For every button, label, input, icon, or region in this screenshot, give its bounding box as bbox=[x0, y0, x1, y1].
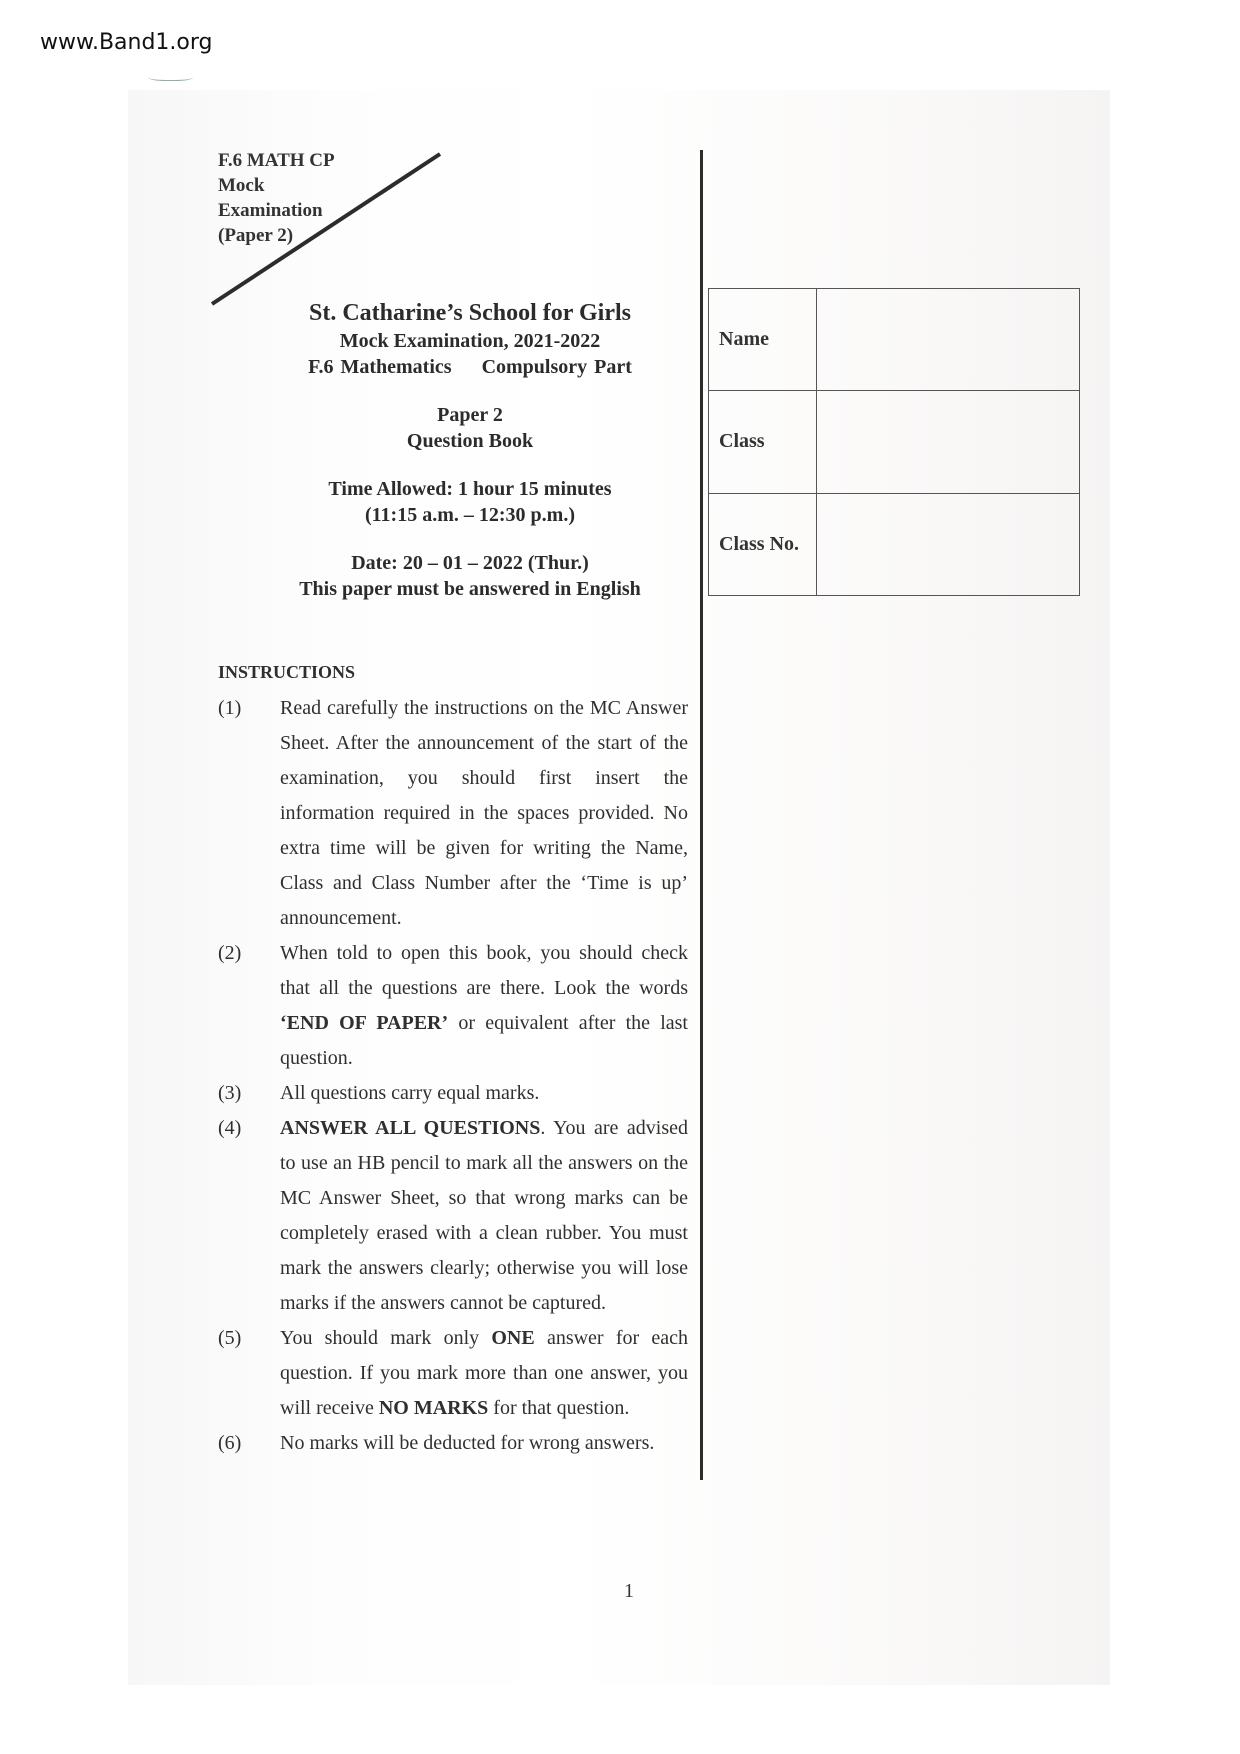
school-name: St. Catharine’s School for Girls bbox=[260, 298, 680, 328]
instruction-item: (4)ANSWER ALL QUESTIONS. You are advised… bbox=[218, 1111, 688, 1321]
instruction-number: (6) bbox=[218, 1426, 280, 1461]
instruction-item: (6)No marks will be deducted for wrong a… bbox=[218, 1426, 688, 1461]
subject: F.6 Mathematics bbox=[308, 356, 451, 378]
paper-number: Paper 2 bbox=[260, 402, 680, 428]
info-row-class-no: Class No. bbox=[709, 493, 1080, 595]
instructions-list: (1)Read carefully the instructions on th… bbox=[218, 691, 688, 1461]
instruction-text: No marks will be deducted for wrong answ… bbox=[280, 1426, 688, 1461]
instruction-number: (3) bbox=[218, 1076, 280, 1111]
instructions-section: INSTRUCTIONS (1)Read carefully the instr… bbox=[218, 662, 688, 1461]
name-field[interactable] bbox=[817, 289, 1080, 391]
instruction-item: (5)You should mark only ONE answer for e… bbox=[218, 1321, 688, 1426]
instructions-heading: INSTRUCTIONS bbox=[218, 662, 688, 683]
exam-name: Mock Examination, 2021-2022 bbox=[260, 328, 680, 354]
title-block: St. Catharine’s School for Girls Mock Ex… bbox=[260, 298, 680, 602]
name-label: Name bbox=[709, 289, 817, 391]
instruction-item: (2)When told to open this book, you shou… bbox=[218, 936, 688, 1076]
instruction-item: (1)Read carefully the instructions on th… bbox=[218, 691, 688, 936]
page-number: 1 bbox=[624, 1580, 634, 1603]
pen-mark bbox=[148, 72, 193, 81]
instruction-text: All questions carry equal marks. bbox=[280, 1076, 688, 1111]
instruction-number: (2) bbox=[218, 936, 280, 1076]
class-field[interactable] bbox=[817, 391, 1080, 493]
column-divider bbox=[700, 150, 703, 1480]
instruction-number: (1) bbox=[218, 691, 280, 936]
info-row-class: Class bbox=[709, 391, 1080, 493]
instruction-number: (4) bbox=[218, 1111, 280, 1321]
instruction-text: When told to open this book, you should … bbox=[280, 936, 688, 1076]
instruction-text: Read carefully the instructions on the M… bbox=[280, 691, 688, 936]
instruction-text: ANSWER ALL QUESTIONS. You are advised to… bbox=[280, 1111, 688, 1321]
part: Compulsory Part bbox=[482, 356, 632, 378]
class-no-label: Class No. bbox=[709, 493, 817, 595]
class-no-field[interactable] bbox=[817, 493, 1080, 595]
watermark-url[interactable]: www.Band1.org bbox=[40, 30, 213, 55]
language-note: This paper must be answered in English bbox=[260, 576, 680, 602]
corner-diagonal-line bbox=[210, 150, 470, 310]
class-label: Class bbox=[709, 391, 817, 493]
student-info-table: Name Class Class No. bbox=[708, 288, 1080, 596]
subject-line: F.6 MathematicsCompulsory Part bbox=[260, 354, 680, 380]
book-type: Question Book bbox=[260, 428, 680, 454]
time-allowed: Time Allowed: 1 hour 15 minutes bbox=[260, 476, 680, 502]
instruction-item: (3)All questions carry equal marks. bbox=[218, 1076, 688, 1111]
time-range: (11:15 a.m. – 12:30 p.m.) bbox=[260, 502, 680, 528]
exam-date: Date: 20 – 01 – 2022 (Thur.) bbox=[260, 550, 680, 576]
instruction-number: (5) bbox=[218, 1321, 280, 1426]
instruction-text: You should mark only ONE answer for each… bbox=[280, 1321, 688, 1426]
info-row-name: Name bbox=[709, 289, 1080, 391]
